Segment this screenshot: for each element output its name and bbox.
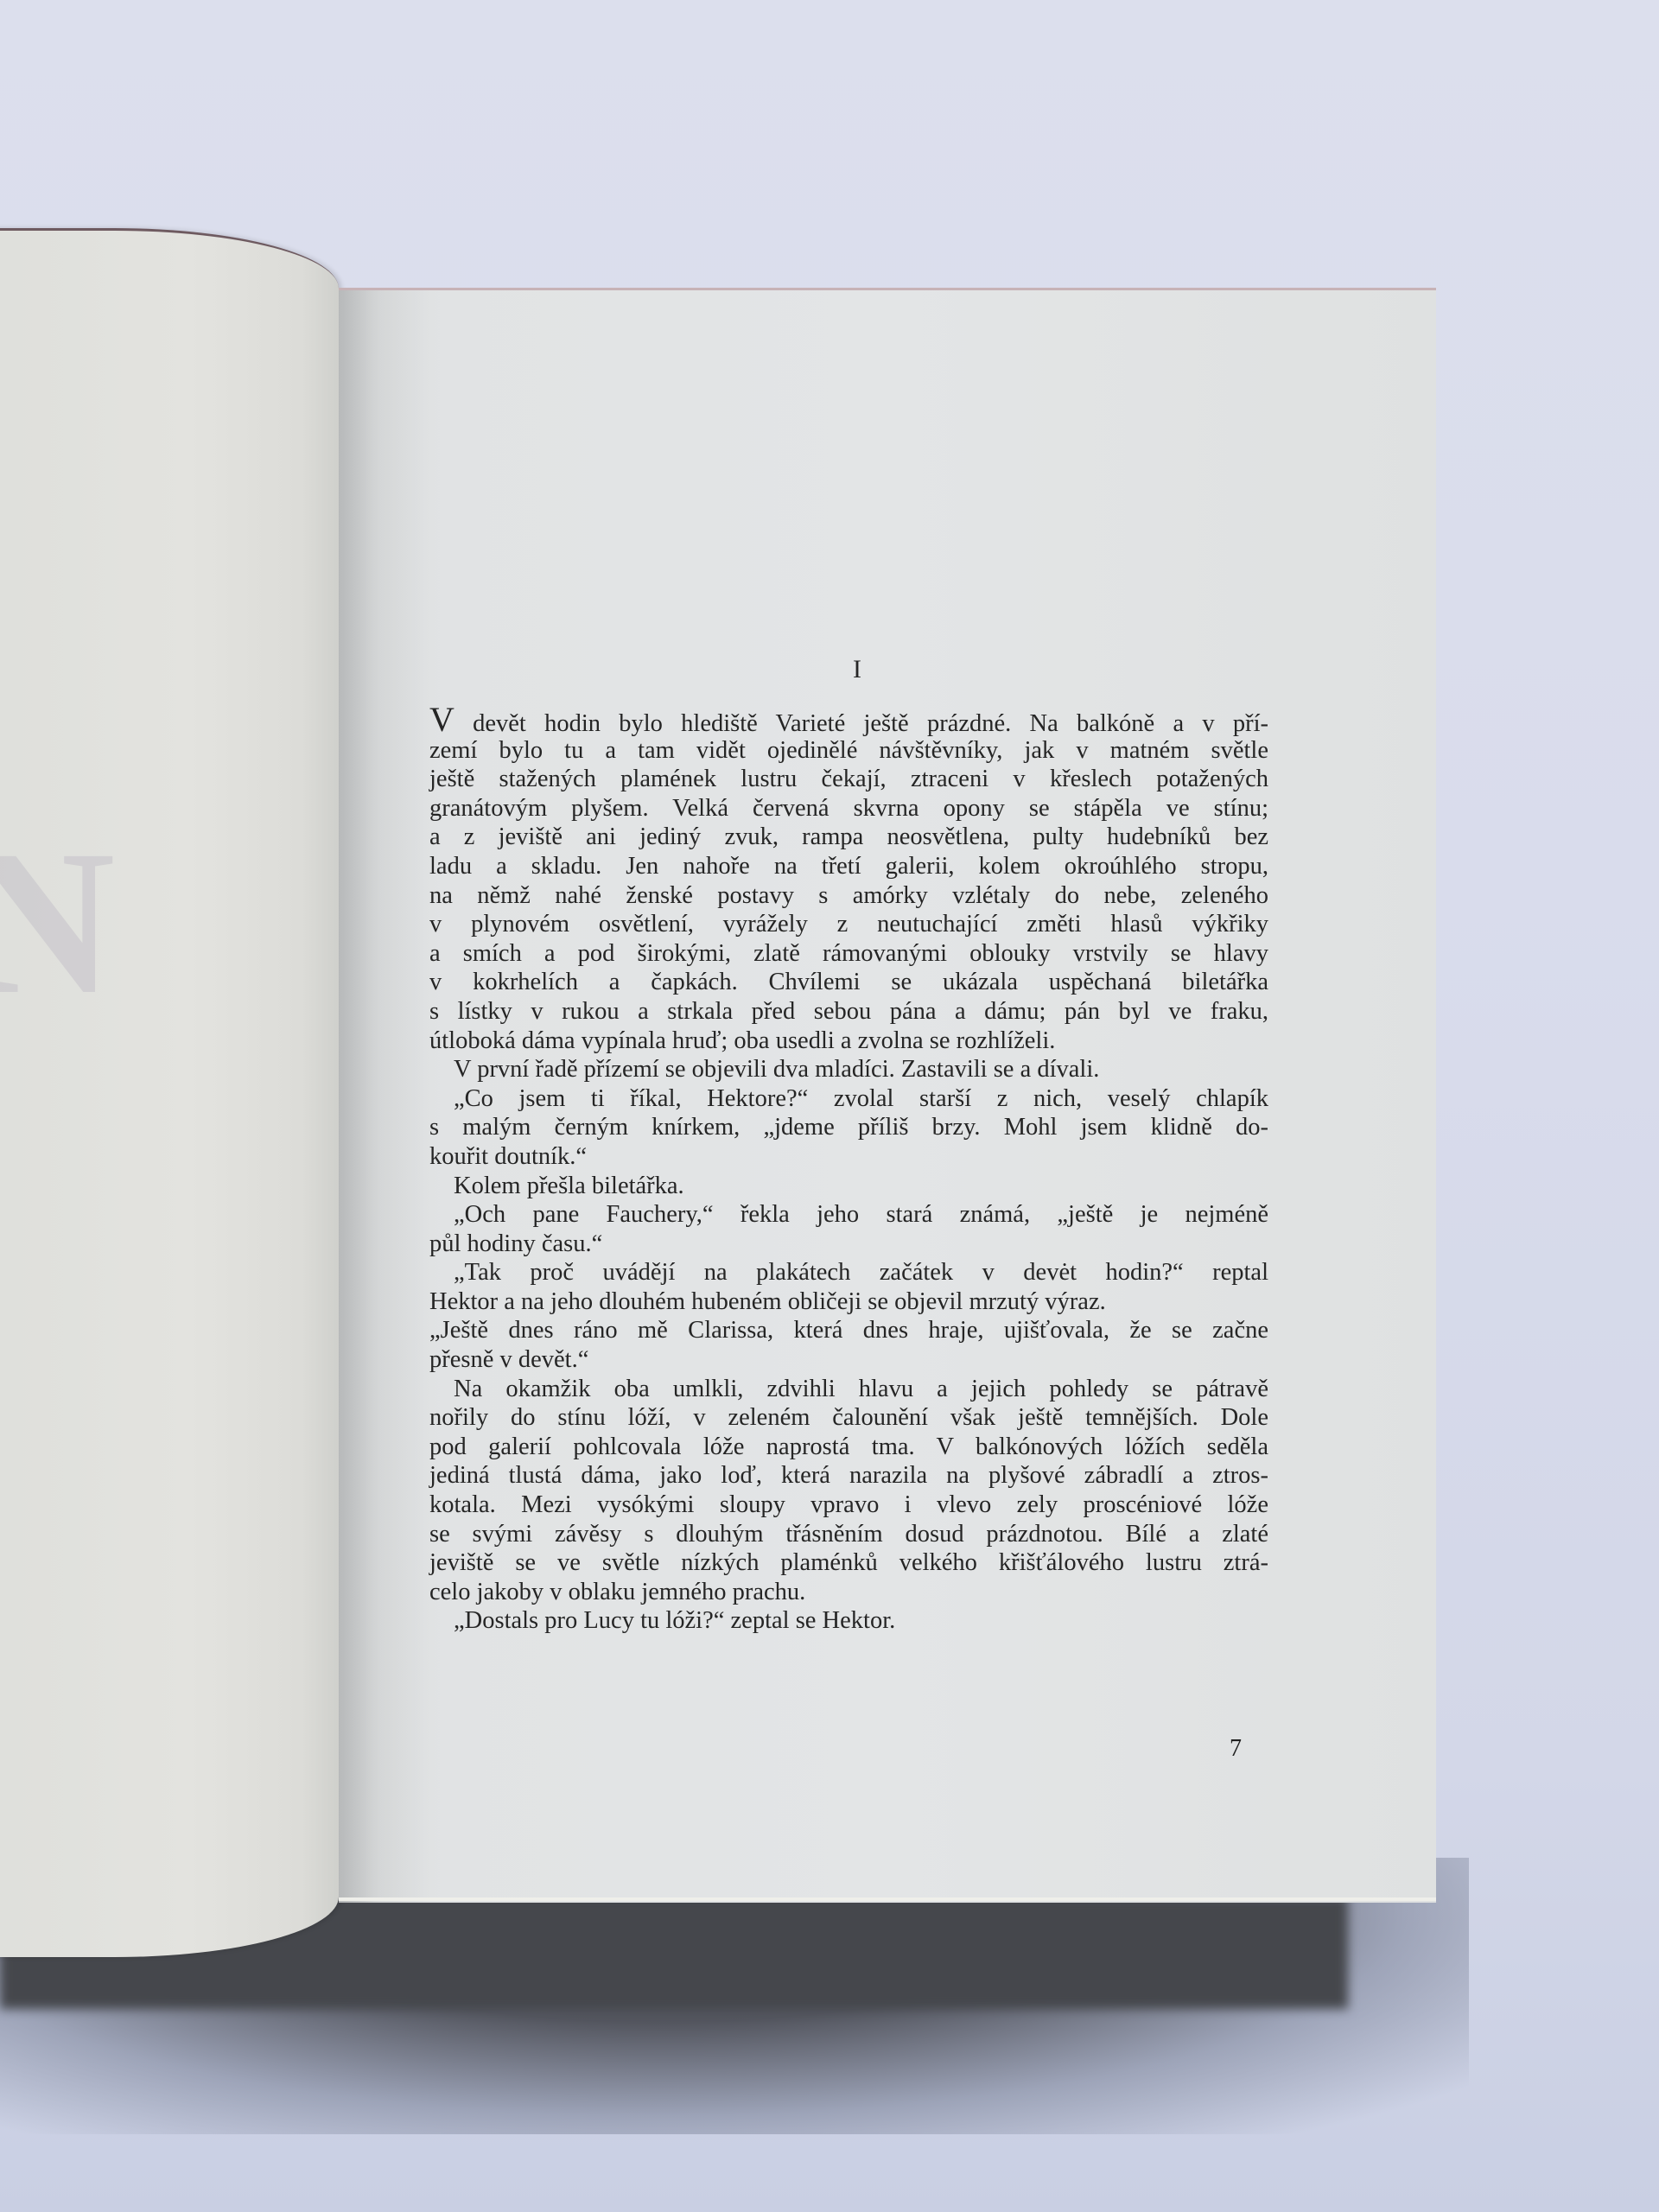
text-line: granátovým plyšem. Velká červená skvrna … — [429, 794, 1268, 823]
text-line: s malým černým knírkem, „jdeme příliš br… — [429, 1113, 1268, 1142]
show-through-letter: N — [0, 818, 115, 1026]
text-line: Kolem přešla biletářka. — [429, 1172, 1268, 1201]
page-bottom-edge — [339, 1897, 1436, 1901]
text-line: s lístky v rukou a strkala před sebou pá… — [429, 997, 1268, 1027]
text-line: jeviště se ve světle nízkých plaménků ve… — [429, 1548, 1268, 1578]
text-line: „Co jsem ti říkal, Hektore?“ zvolal star… — [429, 1084, 1268, 1114]
text-line: „Dostals pro Lucy tu lóži?“ zeptal se He… — [429, 1606, 1268, 1636]
text-line: „Och pane Fauchery,“ řekla jeho stará zn… — [429, 1200, 1268, 1230]
text-line: Hektor a na jeho dlouhém hubeném obličej… — [429, 1287, 1268, 1317]
text-line: V první řadě přízemí se objevili dva mla… — [429, 1055, 1268, 1084]
left-page: N — [0, 228, 339, 1957]
text-line: ještě stažených plamének lustru čekají, … — [429, 765, 1268, 794]
text-line: zemí bylo tu a tam vidět ojedinělé návšt… — [429, 736, 1268, 766]
text-line: v plynovém osvětlení, vyrážely z neutuch… — [429, 910, 1268, 939]
text-line: V devět hodin bylo hlediště Varieté ješt… — [429, 707, 1268, 736]
text-line: Na okamžik oba umlkli, zdvihli hlavu a j… — [429, 1375, 1268, 1404]
text-line: kotala. Mezi vysókými sloupy vpravo i vl… — [429, 1491, 1268, 1520]
text-line: na němž nahé ženské postavy s amórky vzl… — [429, 881, 1268, 911]
text-line: a smích a pod širokými, zlatě rámovanými… — [429, 939, 1268, 969]
text-line: „Ještě dnes ráno mě Clarissa, která dnes… — [429, 1316, 1268, 1345]
chapter-heading: I — [308, 655, 1406, 684]
text-line: nořily do stínu lóží, v zeleném čalouněn… — [429, 1403, 1268, 1433]
text-line: ladu a skladu. Jen nahoře na třetí galer… — [429, 852, 1268, 881]
text-line: útloboká dáma vypínala hruď; oba usedli … — [429, 1027, 1268, 1056]
text-line: pod galerií pohlcovala lóže naprostá tma… — [429, 1433, 1268, 1462]
text-line: celo jakoby v oblaku jemného prachu. — [429, 1578, 1268, 1607]
body-text: V devět hodin bylo hlediště Varieté ješt… — [429, 707, 1268, 1636]
text-line: kouřit doutník.“ — [429, 1142, 1268, 1172]
right-page: I V devět hodin bylo hlediště Varieté je… — [339, 288, 1436, 1903]
text-line: v kokrhelích a čapkách. Chvílemi se ukáz… — [429, 968, 1268, 997]
text-line: půl hodiny času.“ — [429, 1230, 1268, 1259]
text-line: jediná tlustá dáma, jako loď, která nara… — [429, 1461, 1268, 1491]
initial-letter: V — [429, 700, 454, 739]
text-line: přesně v devět.“ — [429, 1345, 1268, 1375]
page-number: 7 — [1230, 1735, 1242, 1763]
gutter-shadow — [339, 290, 442, 1903]
text-line: a z jeviště ani jediný zvuk, rampa neosv… — [429, 823, 1268, 852]
text-line: „Tak proč uvádějí na plakátech začátek v… — [429, 1258, 1268, 1287]
text-line: se svými závěsy s dlouhým třásněním dosu… — [429, 1520, 1268, 1549]
